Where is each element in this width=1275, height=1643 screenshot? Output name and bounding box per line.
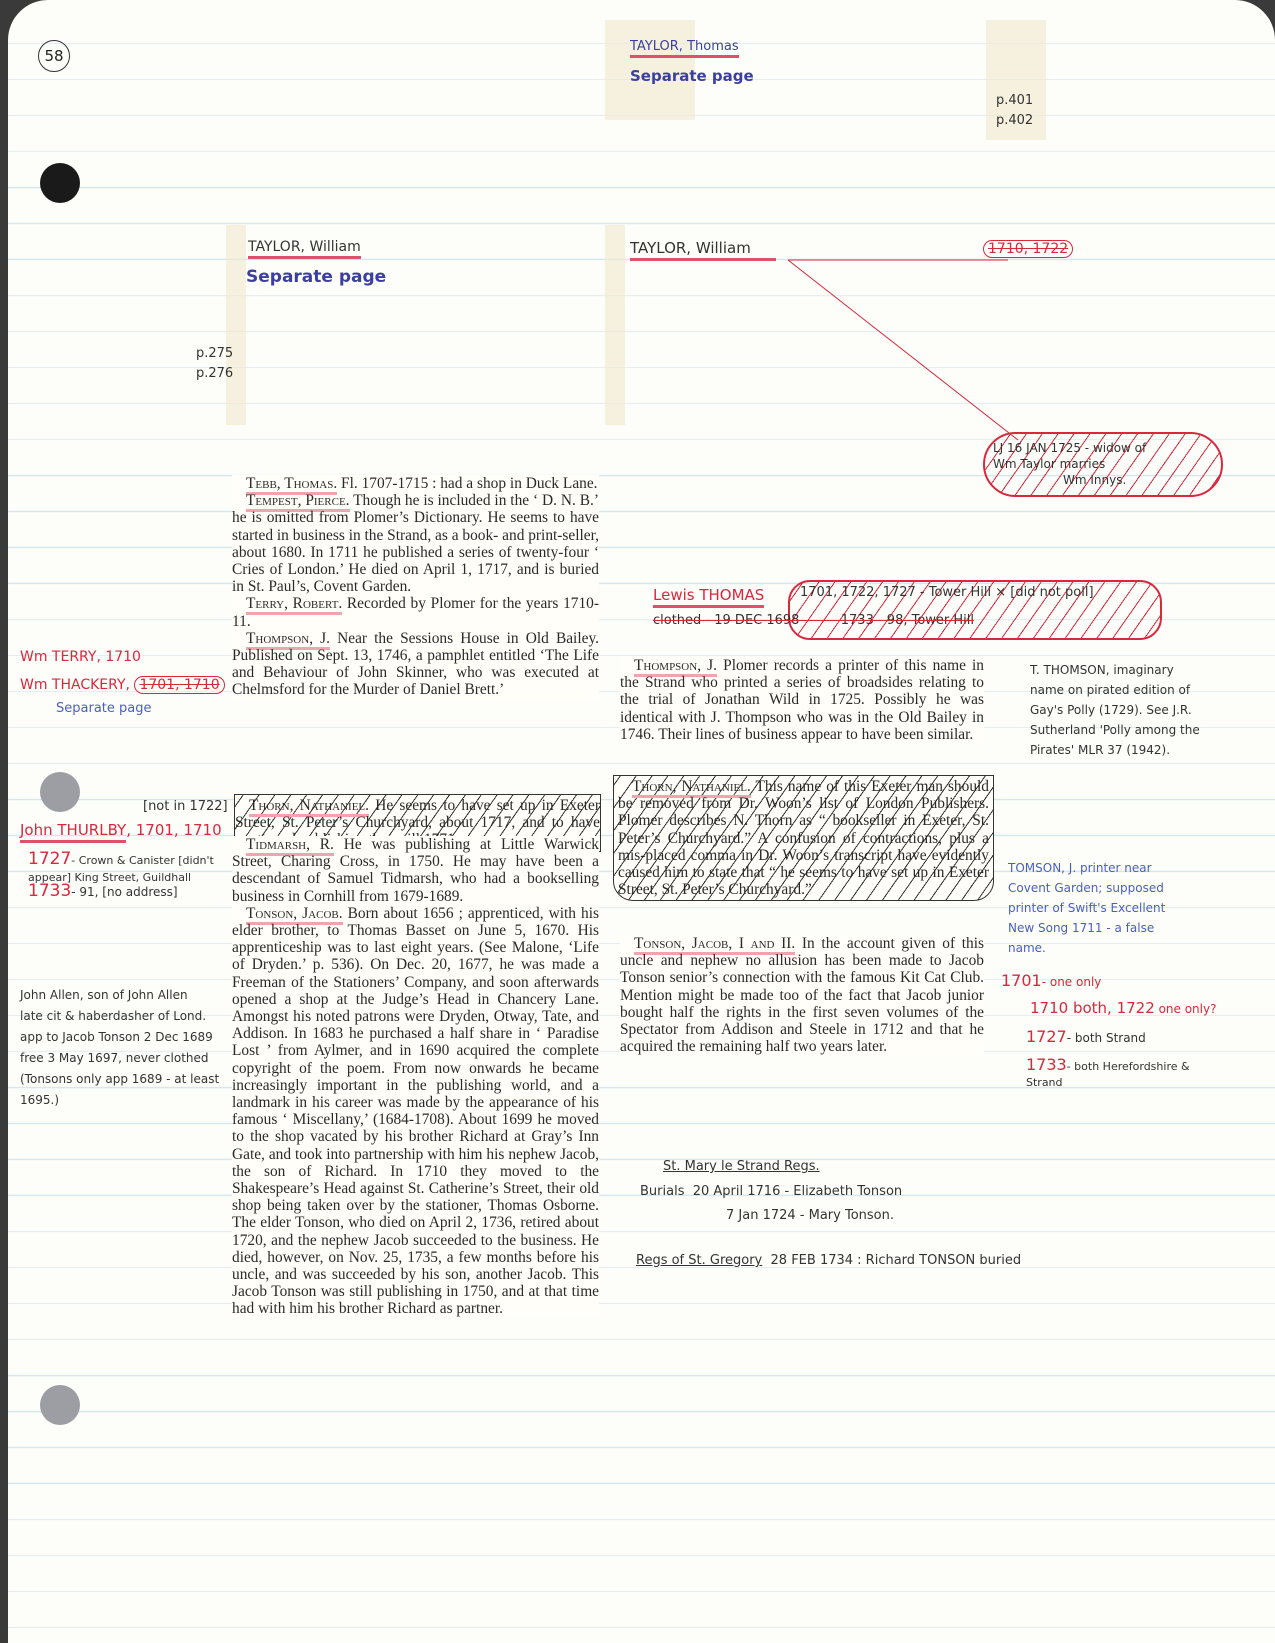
entry-tebb: Tebb, Thomas. Fl. 1707-1715 : had a shop… — [232, 475, 599, 492]
lewis-thomas-name: Lewis THOMAS — [653, 585, 764, 605]
thurlby-name: John THURLBY, 1701, 1710 — [20, 820, 222, 840]
thomson-note: T. THOMSON, imaginary name on pirated ed… — [1030, 660, 1200, 760]
entry-tonson: Tonson, Jacob. Born about 1656 ; apprent… — [232, 905, 599, 1318]
notebook-page: 58 TAYLOR, Thomas Separate page p.401 p.… — [8, 0, 1275, 1643]
entry-tidmarsh: Tidmarsh, R. He was publishing at Little… — [232, 836, 599, 905]
tonson-years-1701: 1701- one only — [1001, 970, 1101, 992]
left-clipping-top: Tebb, Thomas. Fl. 1707-1715 : had a shop… — [232, 475, 599, 699]
tonson-years-1733: 1733- both Herefordshire & Strand — [1026, 1054, 1216, 1090]
thurlby-bracket: [not in 1722] — [143, 798, 228, 816]
strand-regs-heading: St. Mary le Strand Regs. — [663, 1158, 820, 1176]
widow-annotation: LJ 16 JAN 1725 - widow of Wm Taylor marr… — [983, 432, 1223, 497]
john-allen-note: John Allen, son of John Allen late cit &… — [20, 985, 219, 1111]
thurlby-1733: 1733- 91, [no address] — [28, 880, 178, 903]
entry-tempest: Tempest, Pierce. Though he is included i… — [232, 492, 599, 595]
burial-2: 7 Jan 1724 - Mary Tonson. — [726, 1207, 894, 1225]
terry-note: Wm TERRY, 1710 — [20, 648, 141, 667]
lewis-thomas-line2: clothed - 19 DEC 1698 1733 - 98, Tower H… — [653, 612, 974, 630]
tonson-years-1727: 1727- both Strand — [1026, 1026, 1146, 1048]
burial-1: Burials 20 April 1716 - Elizabeth Tonson — [640, 1183, 902, 1201]
st-gregory-note: Regs of St. Gregory 28 FEB 1734 : Richar… — [636, 1252, 1021, 1270]
entry-thompson: Thompson, J. Near the Sessions House in … — [232, 630, 599, 699]
left-clipping-bottom: Tidmarsh, R. He was publishing at Little… — [232, 836, 599, 1318]
entry-terry: Terry, Robert. Recorded by Plomer for th… — [232, 595, 599, 629]
thackery-note: Wm THACKERY, 1701, 1710 — [20, 676, 225, 695]
right-clipping-tonson: Tonson, Jacob, I and II. In the account … — [620, 935, 984, 1055]
right-clipping-thompson: Thompson, J. Plomer records a printer of… — [620, 657, 984, 743]
lewis-thomas-hatched-note: 1701, 1722, 1727 - Tower Hill × [did not… — [788, 580, 1162, 640]
thackery-separate-page: Separate page — [56, 700, 151, 718]
tomson-note: TOMSON, J. printer near Covent Garden; s… — [1008, 858, 1165, 958]
right-struck-thorn-entry: Thorn, Nathaniel. This name of this Exet… — [613, 775, 994, 901]
tonson-years-1710: 1710 both, 1722 one only? — [1030, 998, 1216, 1018]
